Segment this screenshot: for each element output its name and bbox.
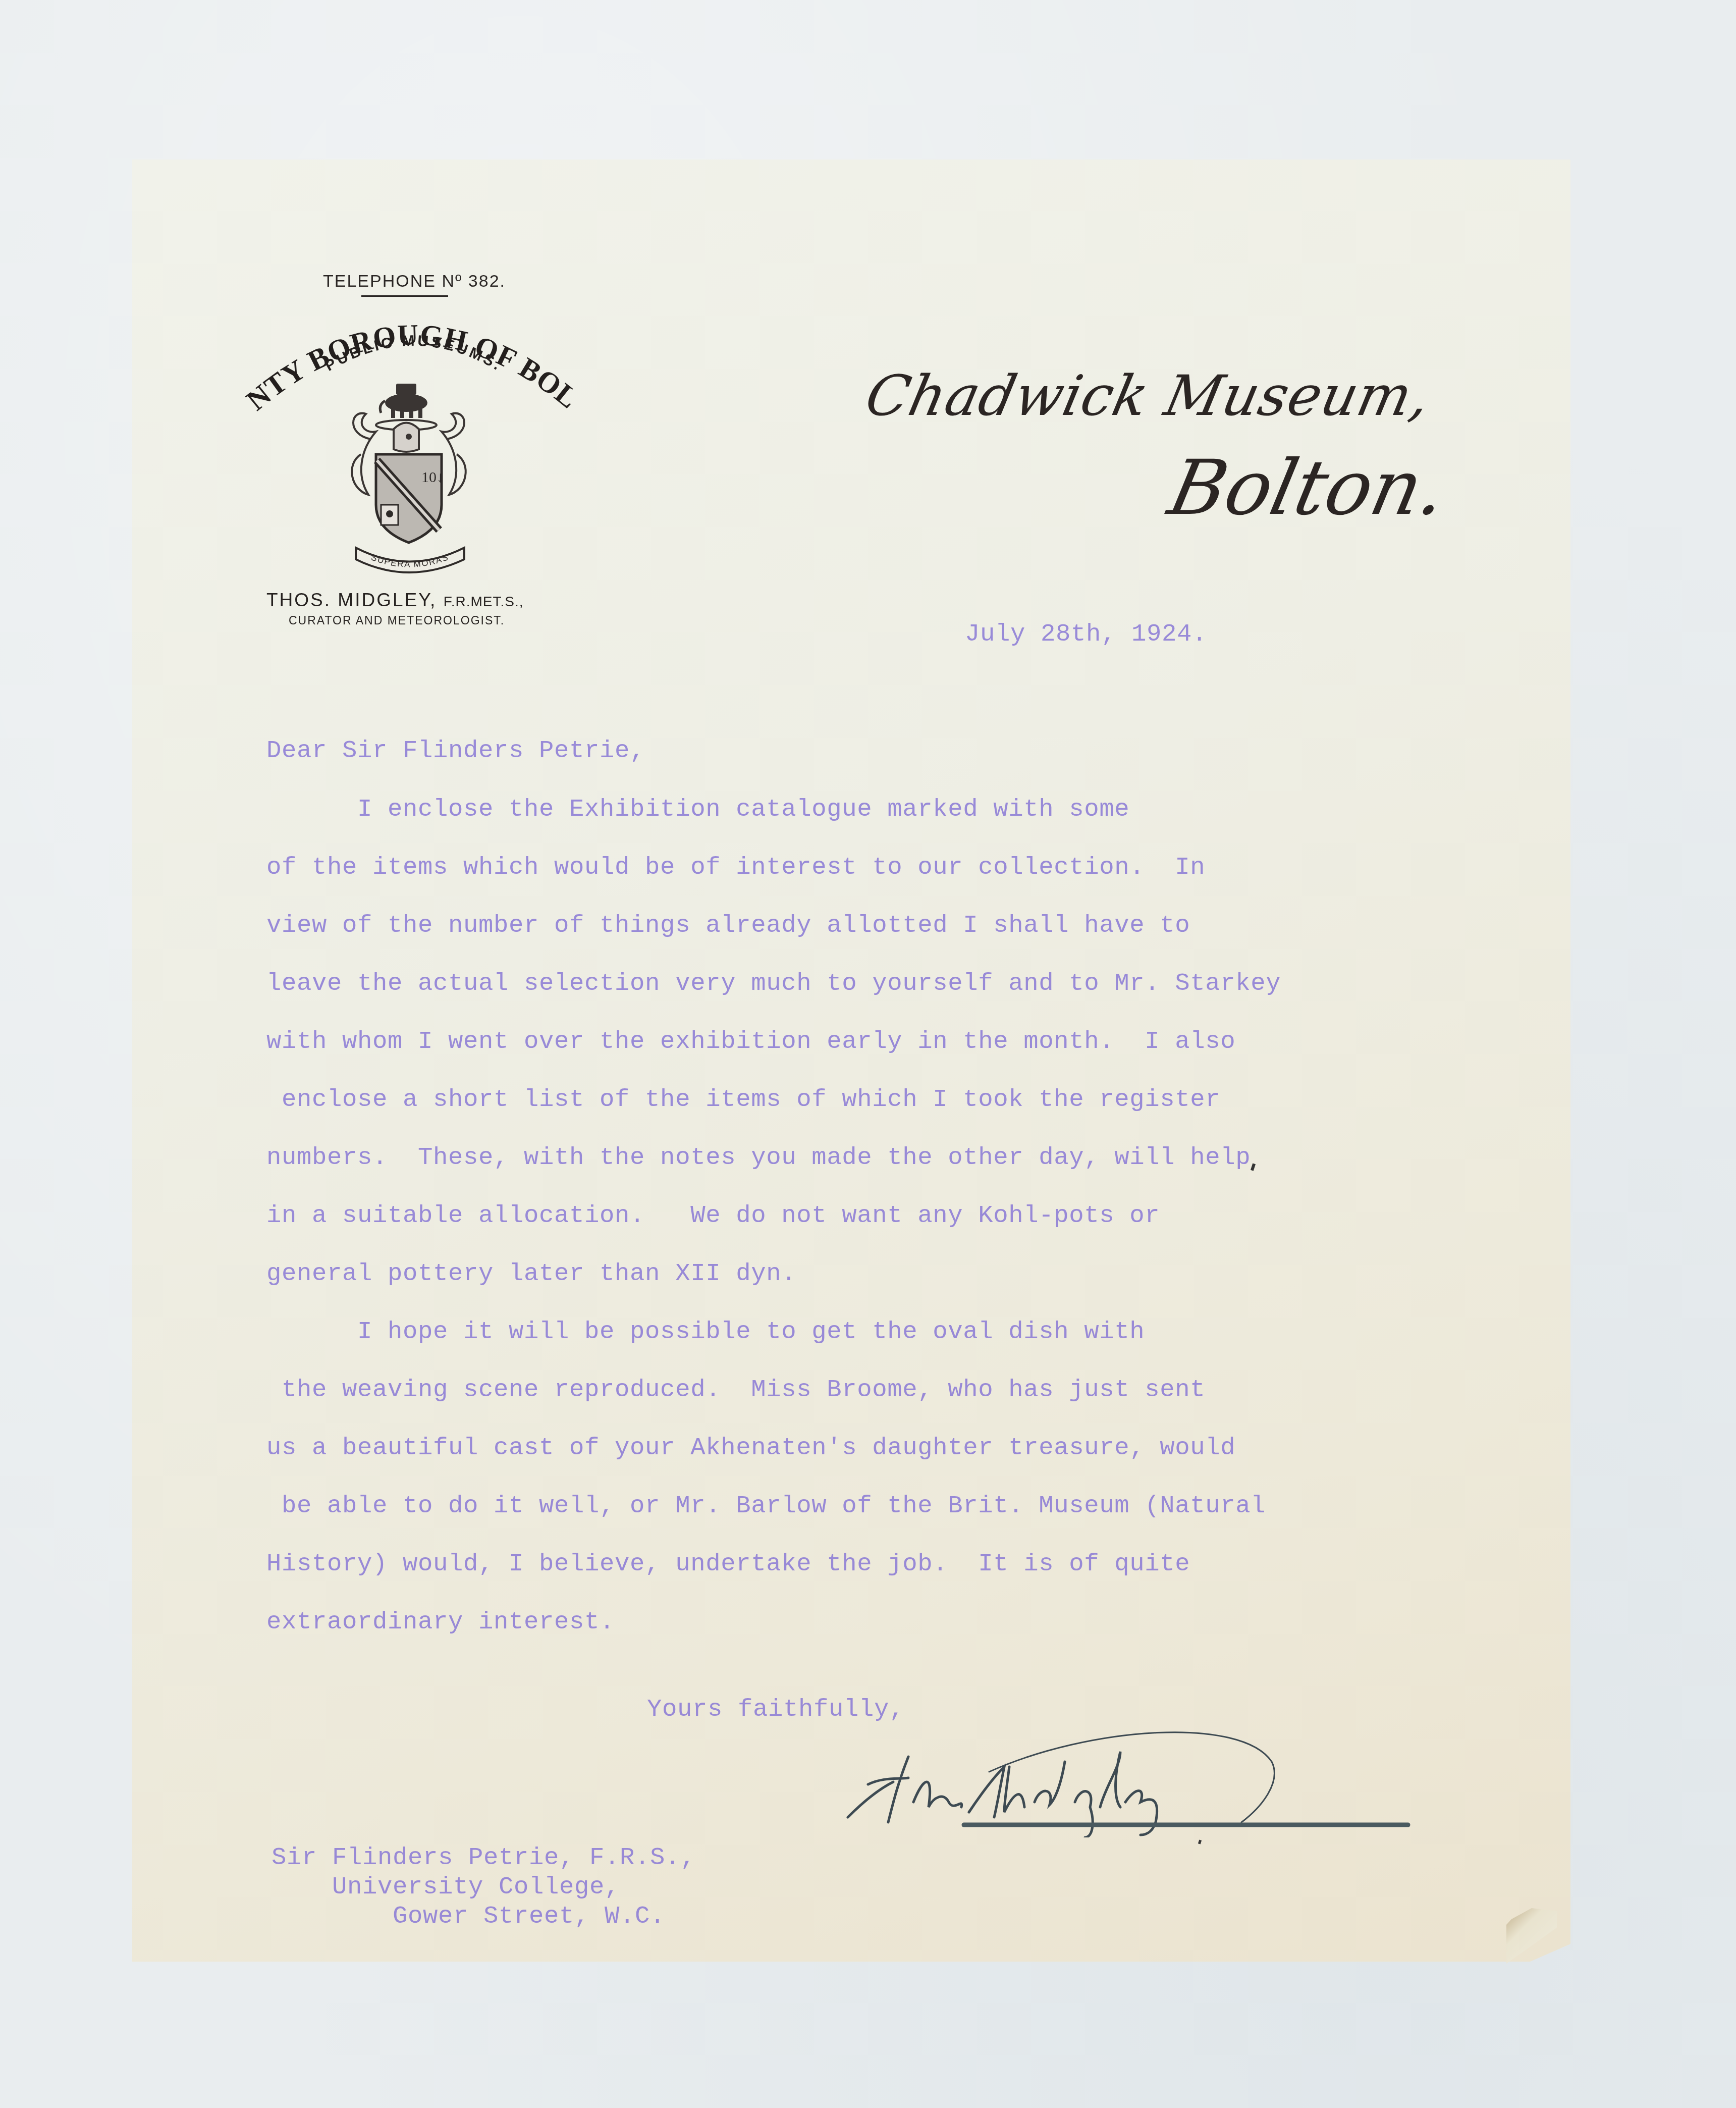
body-line: in a suitable allocation. We do not want…: [266, 1201, 1160, 1230]
curator-name: THOS. MIDGLEY, F.R.MET.S.,: [266, 590, 523, 611]
body-line: us a beautiful cast of your Akhenaten's …: [266, 1434, 1235, 1462]
curator-post-nominal: F.R.MET.S.,: [444, 594, 524, 609]
curator-title: CURATOR AND METEOROLOGIST.: [289, 614, 505, 627]
letter-date: July 28th, 1924.: [965, 620, 1207, 648]
body-line: leave the actual selection very much to …: [266, 969, 1281, 997]
signature: [838, 1721, 1418, 1837]
coat-of-arms-icon: 10↓ SUPERA MORAS: [341, 379, 479, 575]
svg-text:10↓: 10↓: [421, 469, 444, 486]
telephone-number: TELEPHONE Nº 382.: [323, 272, 506, 291]
recipient-address-line: Gower Street, W.C.: [272, 1902, 665, 1930]
recipient-address-line: University College,: [272, 1873, 620, 1901]
body-line: I hope it will be possible to get the ov…: [266, 1317, 1145, 1346]
body-line: of the items which would be of interest …: [266, 853, 1205, 881]
recipient-address-line: Sir Flinders Petrie, F.R.S.,: [272, 1843, 695, 1872]
museum-name: Chadwick Museum,: [860, 363, 1436, 428]
body-line: general pottery later than XII dyn.: [266, 1259, 796, 1288]
telephone-divider: [361, 295, 448, 297]
body-line: the weaving scene reproduced. Miss Broom…: [266, 1376, 1205, 1404]
body-line: History) would, I believe, undertake the…: [266, 1550, 1190, 1578]
body-line: enclose a short list of the items of whi…: [266, 1085, 1220, 1114]
curator-name-text: THOS. MIDGLEY,: [266, 590, 437, 610]
body-line: be able to do it well, or Mr. Barlow of …: [266, 1492, 1266, 1520]
body-line: view of the number of things already all…: [266, 911, 1190, 939]
body-line: extraordinary interest.: [266, 1608, 615, 1636]
salutation: Dear Sir Flinders Petrie,: [266, 736, 645, 765]
body-line: with whom I went over the exhibition ear…: [266, 1027, 1235, 1056]
body-line: numbers. These, with the notes you made …: [266, 1143, 1251, 1172]
museum-town: Bolton.: [1162, 444, 1454, 532]
closing: Yours faithfully,: [647, 1695, 904, 1723]
body-line: I enclose the Exhibition catalogue marke…: [266, 795, 1129, 823]
